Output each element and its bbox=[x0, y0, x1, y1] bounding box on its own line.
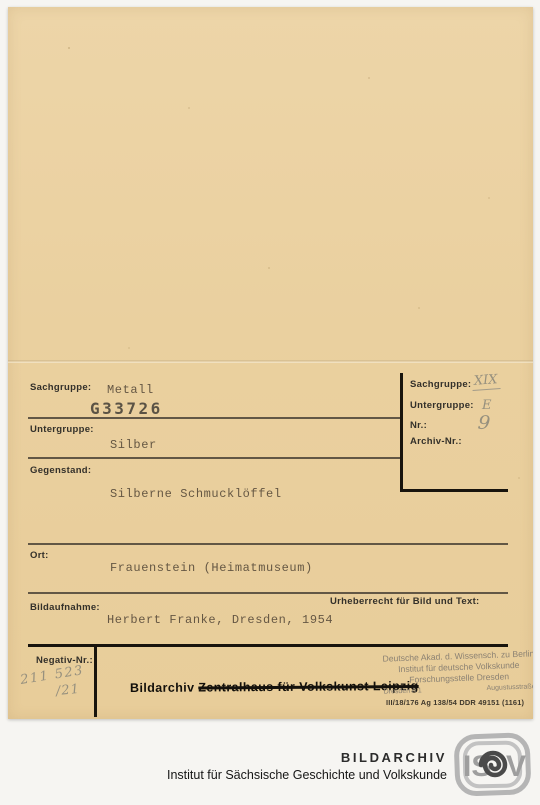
isgv-logo: IS V bbox=[451, 732, 534, 801]
archive-card: Sachgruppe: Metall G33726 Untergruppe: S… bbox=[8, 7, 533, 719]
index-box-bottom-border bbox=[400, 489, 508, 492]
index-nr-label: Nr.: bbox=[410, 421, 427, 432]
gegenstand-label: Gegenstand: bbox=[30, 466, 91, 477]
isgv-logo-letter-v: V bbox=[506, 750, 526, 783]
index-untergruppe-label: Untergruppe: bbox=[410, 401, 474, 412]
untergruppe-label: Untergruppe: bbox=[30, 425, 94, 436]
institute-stamp-street: Augustusstraße bbox=[486, 682, 533, 693]
negativ-box-right-border bbox=[94, 644, 97, 717]
bildaufnahme-label: Bildaufnahme: bbox=[30, 603, 100, 614]
index-archiv-nr-label: Archiv-Nr.: bbox=[410, 437, 462, 448]
rule-under-number bbox=[28, 417, 400, 419]
fold-crease bbox=[8, 360, 533, 363]
ort-value: Frauenstein (Heimatmuseum) bbox=[110, 561, 313, 575]
rule-under-ort bbox=[28, 592, 508, 594]
bildarchiv-stamp: Bildarchiv Zentralhaus für Volkskunst Le… bbox=[130, 679, 419, 695]
footer-subtitle: Institut für Sächsische Geschichte und V… bbox=[167, 768, 447, 782]
footer: BILDARCHIV Institut für Sächsische Gesch… bbox=[167, 751, 447, 782]
bottom-section-top-border bbox=[28, 644, 508, 647]
print-registration-note: III/18/176 Ag 138/54 DDR 49151 (1161) bbox=[386, 698, 524, 707]
gegenstand-value: Silberne Schmucklöffel bbox=[110, 487, 282, 501]
index-box-left-border bbox=[400, 373, 403, 492]
index-untergruppe-value: E bbox=[482, 398, 492, 413]
rule-under-gegenstand bbox=[28, 543, 508, 545]
ort-label: Ort: bbox=[30, 551, 49, 562]
untergruppe-value: Silber bbox=[110, 438, 157, 452]
index-sachgruppe-label: Sachgruppe: bbox=[410, 380, 471, 391]
inventory-number-stamp: G33726 bbox=[90, 399, 163, 418]
sachgruppe-value: Metall bbox=[107, 383, 154, 397]
bildaufnahme-value: Herbert Franke, Dresden, 1954 bbox=[107, 613, 333, 627]
paper-texture bbox=[68, 47, 70, 49]
footer-title: BILDARCHIV bbox=[167, 751, 447, 766]
sachgruppe-label: Sachgruppe: bbox=[30, 383, 91, 394]
rule-under-untergruppe bbox=[28, 457, 400, 459]
urheberrecht-label: Urheberrecht für Bild und Text: bbox=[330, 597, 480, 608]
institute-stamp: Deutsche Akad. d. Wissensch. zu Berlin I… bbox=[379, 648, 533, 696]
scanned-archive-card-page: Sachgruppe: Metall G33726 Untergruppe: S… bbox=[0, 0, 540, 805]
index-sachgruppe-value: XIX bbox=[471, 372, 500, 391]
bildarchiv-stamp-prefix: Bildarchiv bbox=[130, 681, 198, 695]
negativ-nr-value-suffix: /21 bbox=[55, 682, 80, 699]
index-nr-value: 9 bbox=[477, 411, 491, 434]
institute-stamp-city: Dresden A 1 bbox=[383, 686, 421, 696]
